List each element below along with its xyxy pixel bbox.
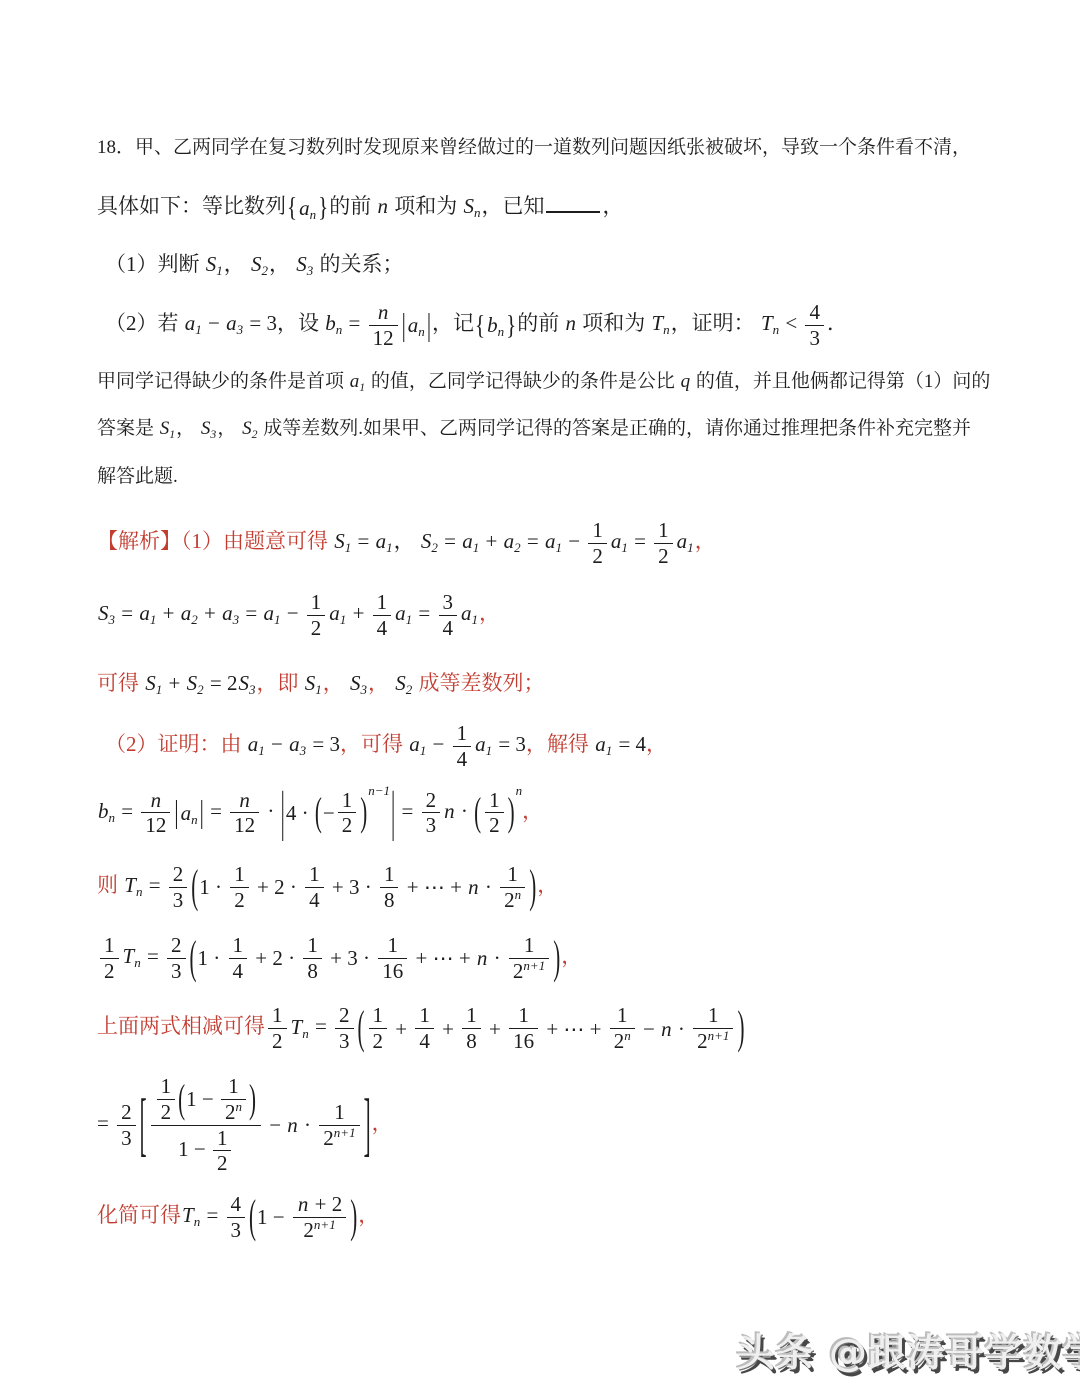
solution-subtract-formula: 上面两式相减可得12Tn = 23(12 + 14 + 18 + 116 + ⋯… bbox=[97, 1003, 997, 1054]
solution-part1-s1-s2: 【解析】（1）由题意可得 S1 = a1， S2 = a1 + a2 = a1 … bbox=[97, 518, 997, 569]
note-jia-yi-3: 解答此题. bbox=[97, 464, 997, 490]
solution-tn-result: 化简可得Tn = 43(1 − n + 22n+1)， bbox=[97, 1192, 997, 1243]
document-page: 18．甲、乙两同学在复习数列时发现原来曾经做过的一道数列问题因纸张被破坏，导致一… bbox=[0, 0, 1080, 1385]
problem-given: 具体如下：等比数列{an}的前 n 项和为 Sn，已知， bbox=[97, 191, 997, 222]
solution-part2-a1: （2）证明：由 a1 − a3 = 3，可得 a1 − 14a1 = 3，解得 … bbox=[97, 721, 997, 772]
watermark-text: 头条 @跟涛哥学数学 bbox=[737, 1322, 1080, 1377]
question-2: （2）若 a1 − a3 = 3，设 bn = n12|an|，记{bn}的前 … bbox=[97, 300, 997, 351]
solution-part1-s3: S3 = a1 + a2 + a3 = a1 − 12a1 + 14a1 = 3… bbox=[97, 590, 997, 641]
note-jia-yi-1: 甲同学记得缺少的条件是首项 a1 的值，乙同学记得缺少的条件是公比 q 的值，并… bbox=[97, 369, 997, 395]
solution-tn-formula: 则 Tn = 23(1 · 12 + 2 · 14 + 3 · 18 + ⋯ +… bbox=[97, 862, 997, 913]
problem-statement: 18．甲、乙两同学在复习数列时发现原来曾经做过的一道数列问题因纸张被破坏，导致一… bbox=[97, 135, 997, 161]
solution-bn-formula: bn = n12|an| = n12 · |4 · (−12)n−1| = 23… bbox=[97, 788, 997, 839]
document-content: 18．甲、乙两同学在复习数列时发现原来曾经做过的一道数列问题因纸张被破坏，导致一… bbox=[97, 0, 997, 1243]
solution-simplify-step: = 23[12(1 − 12n)1 − 12 − n · 12n+1]， bbox=[97, 1074, 997, 1176]
solution-part1-conclusion: 可得 S1 + S2 = 2S3，即 S1， S3， S2 成等差数列； bbox=[97, 669, 997, 697]
question-1: （1）判断 S1， S2， S3 的关系； bbox=[97, 250, 997, 278]
solution-half-tn-formula: 12Tn = 23(1 · 14 + 2 · 18 + 3 · 116 + ⋯ … bbox=[97, 933, 997, 984]
note-jia-yi-2: 答案是 S1， S3， S2 成等差数列.如果甲、乙两同学记得的答案是正确的，请… bbox=[97, 416, 997, 442]
